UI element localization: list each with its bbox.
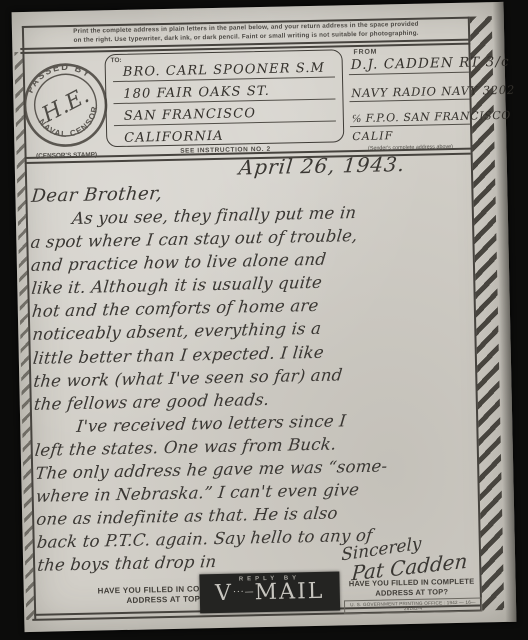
to-address-panel: TO: BRO. CARL SPOONER S.M 180 FAIR OAKS … bbox=[104, 49, 344, 147]
to-address-row: CALIFORNIA bbox=[114, 121, 336, 147]
vmail-morse-code: ···— bbox=[233, 587, 255, 597]
from-address-line4: CALIF bbox=[352, 129, 393, 143]
letter-date: April 26, 1943. bbox=[238, 152, 407, 180]
to-address-line1: BRO. CARL SPOONER S.M bbox=[123, 61, 325, 80]
vmail-letter-sheet: Print the complete address in plain lett… bbox=[12, 2, 517, 632]
to-address-line4: CALIFORNIA bbox=[124, 129, 224, 146]
to-address-line2: 180 FAIR OAKS ST. bbox=[123, 84, 270, 102]
to-address-line3: SAN FRANCISCO bbox=[124, 106, 257, 124]
gpo-imprint: U. S. GOVERNMENT PRINTING OFFICE : 1942 … bbox=[344, 597, 482, 614]
footer-warning-right: HAVE YOU FILLED IN COMPLETE ADDRESS AT T… bbox=[346, 577, 478, 599]
vmail-mail: MAIL bbox=[254, 579, 324, 605]
from-address-line1: D.J. CADDEN RT 3/c bbox=[351, 54, 510, 73]
from-address-row: D.J. CADDEN RT 3/c bbox=[348, 49, 468, 76]
vmail-v: V bbox=[215, 581, 233, 606]
from-address-row: NAVY RADIO NAVY 3202 bbox=[349, 73, 470, 103]
naval-censor-stamp: PASSED BY NAVAL CENSOR H.E. bbox=[12, 51, 120, 159]
vmail-wordmark: V···—MAIL bbox=[200, 580, 340, 604]
vmail-logo: REPLY BY V···—MAIL bbox=[199, 571, 340, 613]
censor-stamp-caption: (CENSOR'S STAMP) bbox=[21, 151, 113, 160]
from-address-row: CALIF bbox=[350, 125, 470, 145]
letter-body: As you see, they finally put me in a spo… bbox=[30, 201, 480, 580]
from-address-row: ℅ F.P.O. SAN FRANCISCO bbox=[350, 100, 470, 128]
letter-salutation: Dear Brother, bbox=[30, 183, 163, 207]
sender-address-note: (Sender's complete address above) bbox=[348, 144, 472, 153]
from-address-panel: D.J. CADDEN RT 3/c NAVY RADIO NAVY 3202 … bbox=[348, 49, 470, 144]
